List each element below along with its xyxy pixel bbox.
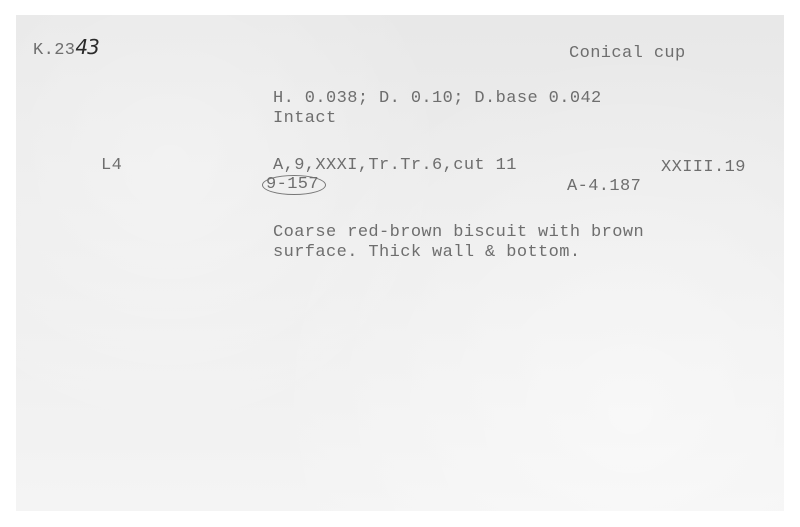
- condition: Intact: [273, 109, 337, 129]
- dimensions: H. 0.038; D. 0.10; D.base 0.042: [273, 89, 602, 109]
- location-code: L4: [101, 156, 122, 176]
- catalog-number-typed: K.23: [33, 41, 75, 60]
- description-line-1: Coarse red-brown biscuit with brown: [273, 223, 644, 243]
- object-name: Conical cup: [569, 44, 686, 64]
- circled-number: 9-157: [262, 175, 326, 195]
- findspot: A,9,XXXI,Tr.Tr.6,cut 11: [273, 156, 517, 176]
- catalog-number-handwritten: 43: [75, 35, 98, 59]
- circled-number-wrap: 9-157: [266, 175, 326, 195]
- index-card: K.2343 Conical cup H. 0.038; D. 0.10; D.…: [16, 15, 784, 511]
- description-line-2: surface. Thick wall & bottom.: [273, 243, 580, 263]
- reference-right: XXIII.19: [661, 158, 746, 178]
- catalog-number: K.2343: [33, 37, 99, 61]
- reference-secondary: A-4.187: [567, 177, 641, 197]
